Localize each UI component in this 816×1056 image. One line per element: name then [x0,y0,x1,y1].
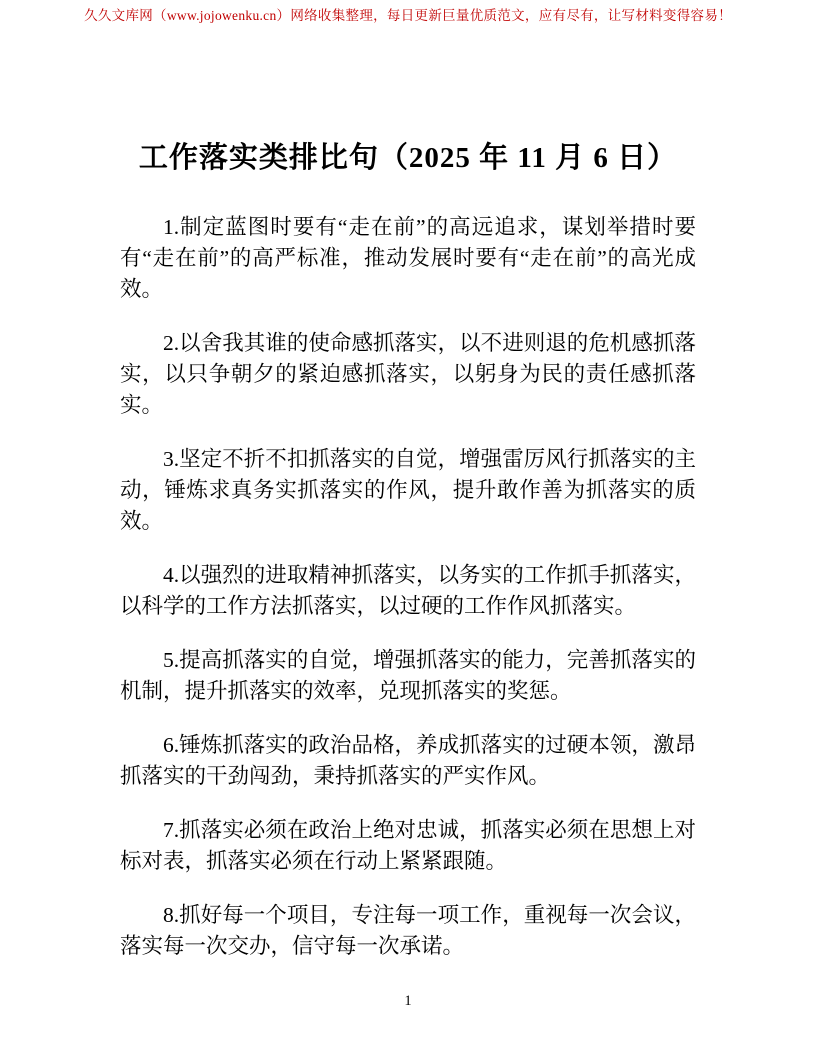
paragraph-4: 4.以强烈的进取精神抓落实，以务实的工作抓手抓落实，以科学的工作方法抓落实，以过… [120,560,696,622]
document-content: 工作落实类排比句（2025 年 11 月 6 日） 1.制定蓝图时要有“走在前”… [120,0,696,985]
document-title: 工作落实类排比句（2025 年 11 月 6 日） [120,140,696,178]
paragraph-1: 1.制定蓝图时要有“走在前”的高远追求，谋划举措时要有“走在前”的高严标准，推动… [120,212,696,305]
paragraph-5: 5.提高抓落实的自觉，增强抓落实的能力，完善抓落实的机制，提升抓落实的效率，兑现… [120,645,696,707]
paragraph-6: 6.锤炼抓落实的政治品格，养成抓落实的过硬本领，激昂抓落实的干劲闯劲，秉持抓落实… [120,730,696,792]
paragraph-2: 2.以舍我其谁的使命感抓落实，以不进则退的危机感抓落实，以只争朝夕的紧迫感抓落实… [120,328,696,421]
paragraph-3: 3.坚定不折不扣抓落实的自觉，增强雷厉风行抓落实的主动，锤炼求真务实抓落实的作风… [120,444,696,537]
paragraph-7: 7.抓落实必须在政治上绝对忠诚，抓落实必须在思想上对标对表，抓落实必须在行动上紧… [120,815,696,877]
paragraph-8: 8.抓好每一个项目，专注每一项工作，重视每一次会议，落实每一次交办，信守每一次承… [120,900,696,962]
document-page: 久久文库网（www.jojowenku.cn）网络收集整理，每日更新巨量优质范文… [0,0,816,1056]
page-number: 1 [404,993,411,1009]
page-footer: 1 [0,993,816,1010]
